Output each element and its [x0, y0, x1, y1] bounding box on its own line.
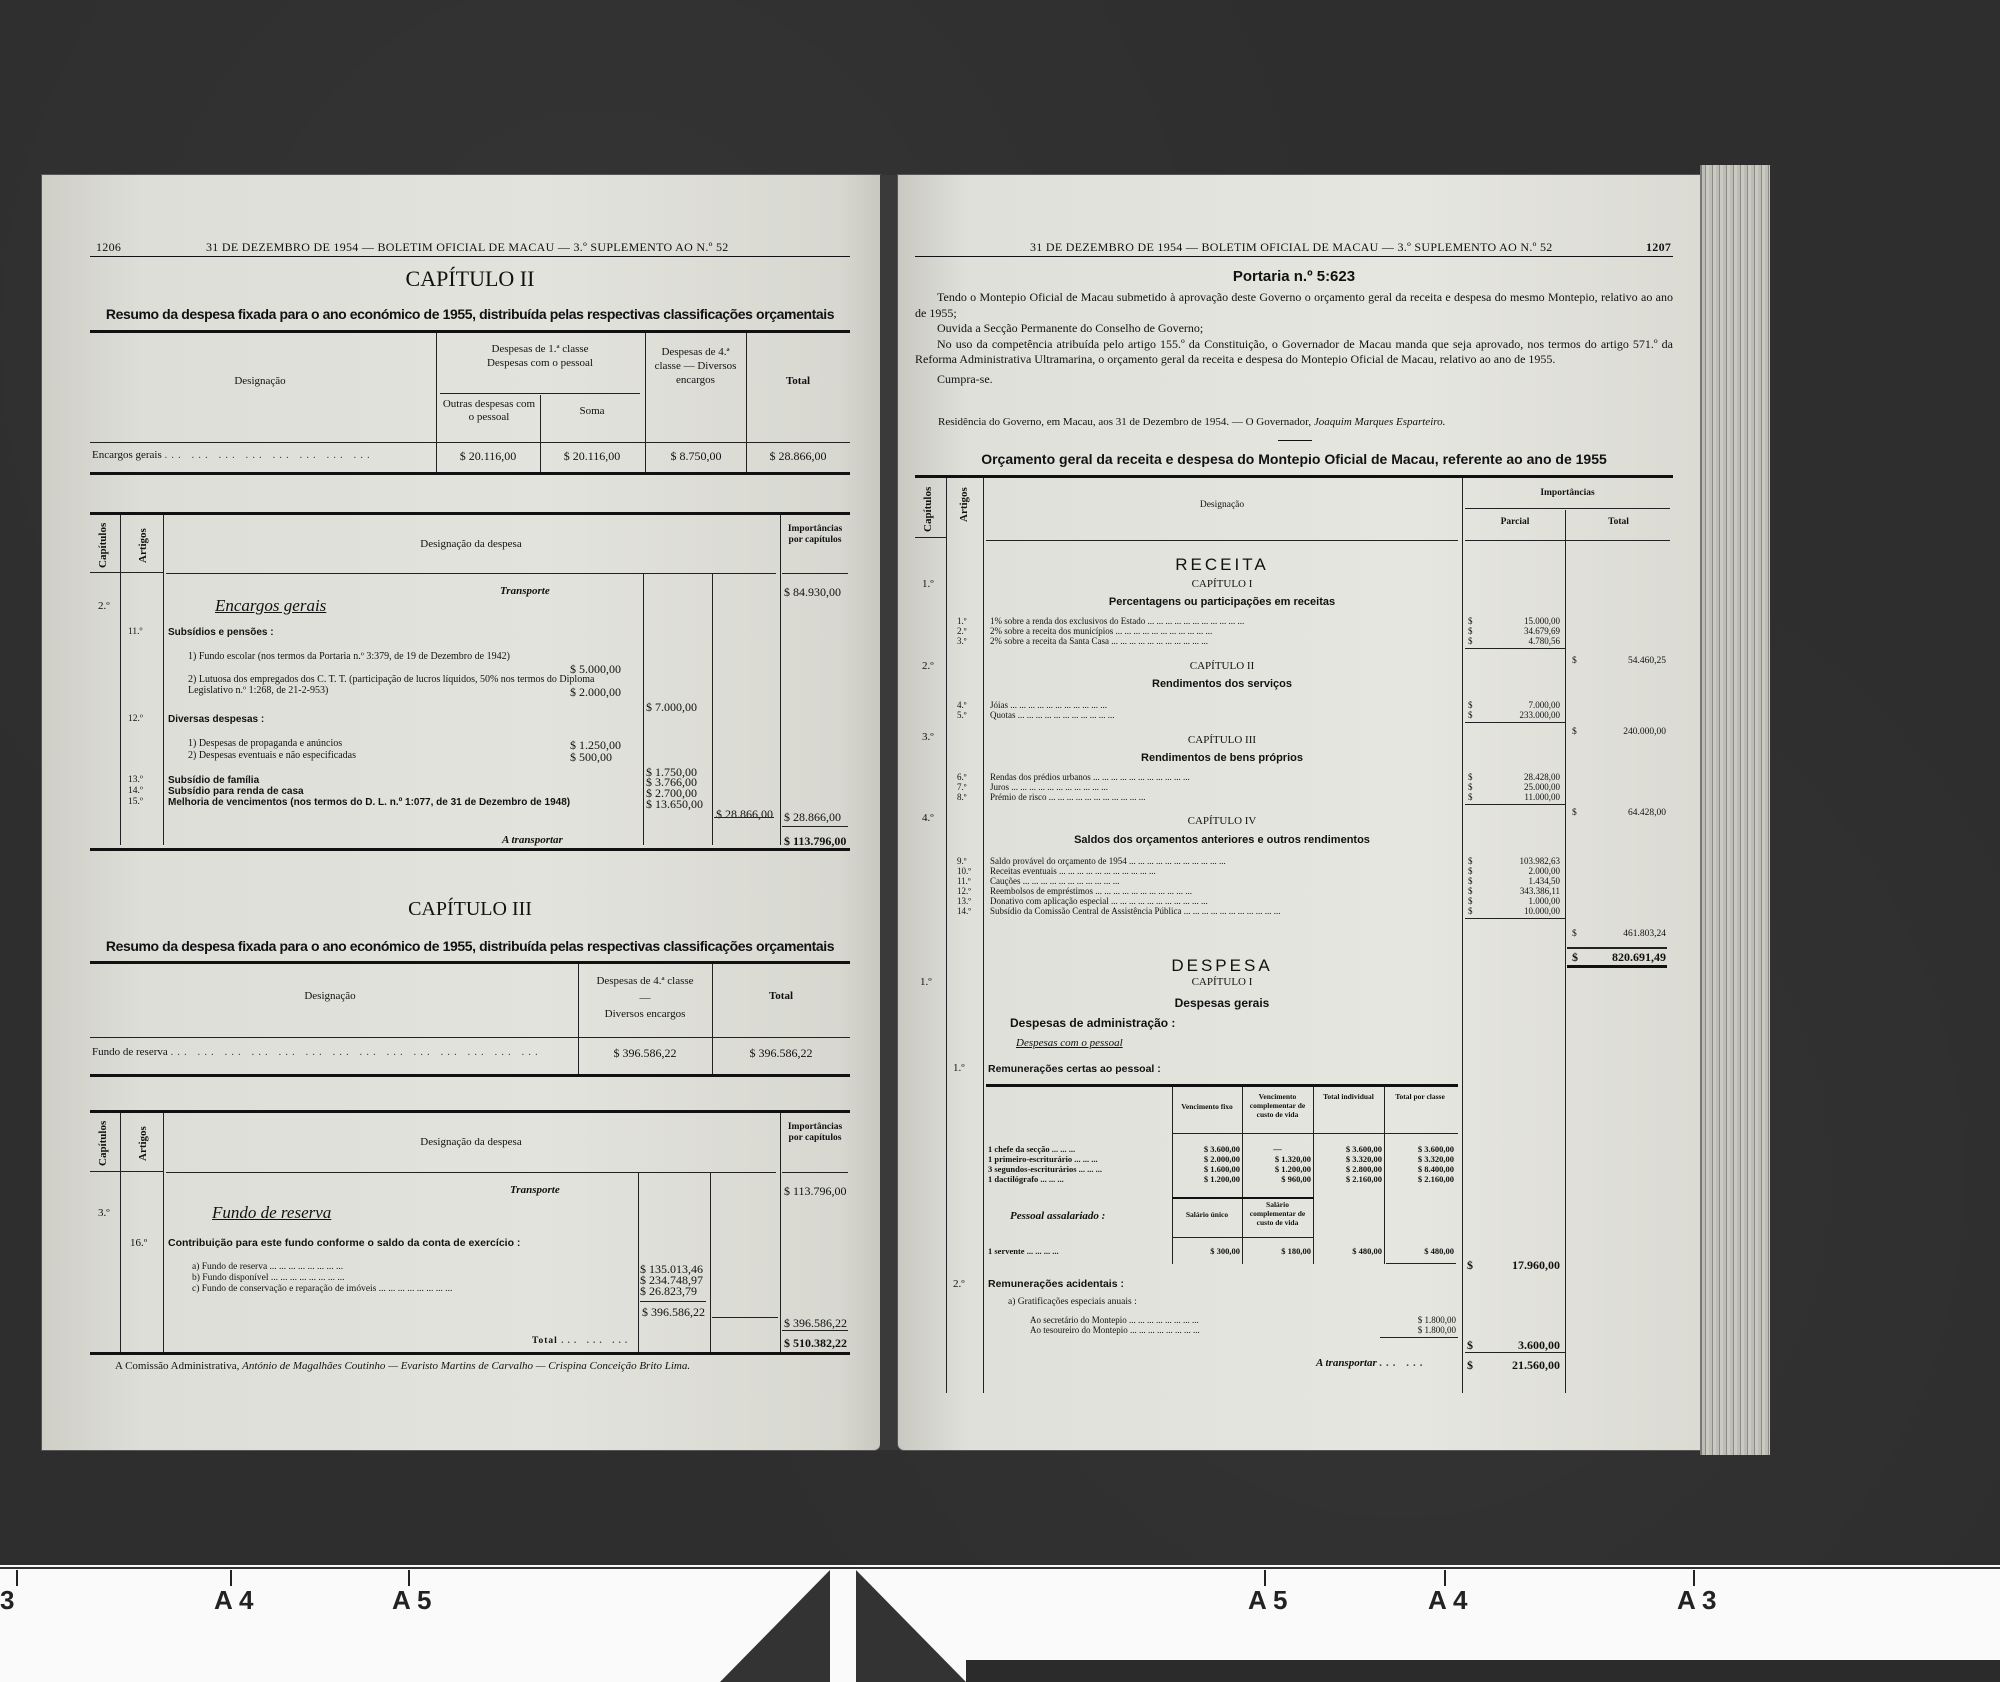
staff-table-top [986, 1084, 1458, 1087]
chapter-3-heading: CAPÍTULO III [90, 898, 850, 921]
chapter-total: 461.803,24 [1590, 929, 1666, 939]
col-capitulos-header: Capítulos [922, 487, 934, 532]
item-currency: $ [1468, 896, 1473, 906]
item-label: a) Fundo de reserva ... ... ... ... ... … [192, 1262, 343, 1272]
header-rule [90, 572, 120, 573]
art2-label: Remunerações acidentais : [988, 1278, 1124, 1290]
col-divider [120, 1113, 121, 1353]
detail-bottom-rule [90, 848, 850, 851]
article-value: $ 500,00 [570, 750, 612, 765]
item-label: Receitas eventuais ... ... ... ... ... .… [990, 866, 1156, 876]
col-divider [946, 478, 947, 1393]
assalariado-col-header: Salário complementar de custo de vida [1242, 1200, 1313, 1227]
ruler-tick-label: 3 [0, 1585, 14, 1616]
article-number: 3.º [957, 636, 967, 646]
col-divider [712, 573, 713, 845]
total-rule [782, 1330, 848, 1331]
subtotal-rule [1386, 1263, 1456, 1264]
portaria-paragraph: Ouvida a Secção Permanente do Conselho d… [915, 321, 1673, 337]
ruler-tick-label: A 5 [1248, 1585, 1288, 1616]
article-number: 10.º [957, 866, 971, 876]
article-number: 2.º [957, 626, 967, 636]
item-label: Reembolsos de empréstimos ... ... ... ..… [990, 886, 1192, 896]
staff-col-header: Vencimento complementar de custo de vida [1242, 1092, 1313, 1119]
col-importancias-header: Importâncias por capítulos [782, 1122, 848, 1144]
chapter-heading: CAPÍTULO III [986, 734, 1458, 746]
item-currency: $ [1468, 636, 1473, 646]
header-bottom-rule [90, 442, 850, 443]
total-value: $ 510.382,22 [784, 1336, 847, 1351]
col-capitulos-header: Capítulos [97, 523, 109, 568]
col-designacao-header: Designação [250, 990, 410, 1002]
assalariado-col-header: Salário único [1172, 1210, 1242, 1219]
article-number: 12.º [957, 886, 971, 896]
col-artigos-header: Artigos [137, 1126, 149, 1161]
item-label: 2% sobre a receita da Santa Casa ... ...… [990, 636, 1208, 646]
col-importancias-header: Importâncias por capítulos [782, 524, 848, 546]
portaria-title: Portaria n.º 5:623 [915, 268, 1673, 285]
item-currency: $ [1468, 906, 1473, 916]
item-value: 1.000,00 [1480, 896, 1560, 906]
row-diversos: $ 396.586,22 [580, 1046, 710, 1061]
total-currency: $ [1572, 808, 1577, 818]
header-rule [1172, 1133, 1458, 1134]
col-importancias-header: Importâncias [1465, 488, 1670, 498]
item-label: Prémio de risco ... ... ... ... ... ... … [990, 792, 1146, 802]
right-page-number: 1207 [1646, 240, 1671, 255]
article-number: 6.º [957, 772, 967, 782]
article-number: 13.º [128, 775, 143, 785]
art1-total: 17.960,00 [1480, 1258, 1560, 1273]
receita-grand-total: 820.691,49 [1590, 950, 1666, 965]
budget-top-rule [915, 475, 1673, 478]
article-number: 11.º [957, 876, 971, 886]
item-value: 1.434,50 [1480, 876, 1560, 886]
chapter-title: Saldos dos orçamentos anteriores e outro… [986, 834, 1458, 846]
item-currency: $ [1468, 886, 1473, 896]
total-currency: $ [1572, 727, 1577, 737]
item-value: 343.386,11 [1480, 886, 1560, 896]
assalariado-value: $ 480,00 [1386, 1246, 1454, 1256]
ruler-tick [1693, 1570, 1695, 1586]
assalariado-value: $ 180,00 [1244, 1246, 1311, 1256]
col-designacao-header: Designação [90, 375, 430, 387]
article-number: 16.º [130, 1237, 147, 1249]
chapter-title: Rendimentos de bens próprios [986, 752, 1458, 764]
item-currency: $ [1468, 700, 1473, 710]
header-rule [90, 1171, 163, 1172]
item-value: 233.000,00 [1480, 710, 1560, 720]
transporte-label: Transporte [500, 585, 550, 597]
ruler-tick [1264, 1570, 1266, 1586]
table-bottom-rule [90, 1074, 850, 1077]
article-label: 1) Fundo escolar (nos termos da Portaria… [188, 651, 510, 662]
ruler-marker-right [856, 1570, 966, 1682]
subtotal-rule [1465, 648, 1565, 649]
transporte-value: $ 84.930,00 [784, 585, 841, 600]
a-transportar-value: 21.560,00 [1480, 1358, 1560, 1373]
header-rule [1172, 1237, 1314, 1238]
col-artigos-header: Artigos [137, 528, 149, 563]
staff-value: $ 1.200,00 [1244, 1164, 1311, 1174]
chapter-heading: CAPÍTULO I [986, 578, 1458, 590]
col-divider [983, 478, 984, 1393]
a-transportar-label: A transportar ... ... [1316, 1357, 1427, 1369]
row-label: Fundo de reserva ... ... ... ... ... ...… [92, 1046, 542, 1058]
chapter-total: 240.000,00 [1590, 727, 1666, 737]
item-label: Jóias ... ... ... ... ... ... ... ... ..… [990, 700, 1107, 710]
staff-value: $ 1.200,00 [1174, 1174, 1240, 1184]
detail-bottom-rule [90, 1352, 850, 1355]
item-label: Rendas dos prédios urbanos ... ... ... .… [990, 772, 1190, 782]
item-currency: $ [1468, 792, 1473, 802]
col-divider [645, 333, 646, 473]
chapter-3-subtitle: Resumo da despesa fixada para o ano econ… [90, 938, 850, 954]
gratificacao-value: $ 1.800,00 [1384, 1325, 1456, 1335]
ruler-tick-label: A 4 [214, 1585, 254, 1616]
chapter-number: 2.º [98, 600, 110, 612]
ruler-tick-label: A 4 [1428, 1585, 1468, 1616]
gratificacao-value: $ 1.800,00 [1384, 1315, 1456, 1325]
gratificacoes-label: a) Gratificações especiais anuais : [1008, 1297, 1137, 1307]
col-designacao-despesa-header: Designação da despesa [166, 538, 776, 550]
item-label: Donativo com aplicação especial ... ... … [990, 896, 1208, 906]
col-divider [578, 964, 579, 1074]
staff-value: — [1244, 1144, 1311, 1154]
item-currency: $ [1468, 782, 1473, 792]
article-number: 14.º [128, 786, 143, 796]
detail-top-rule [90, 1110, 850, 1113]
staff-label: 1 primeiro-escriturário ... ... ... [988, 1154, 1098, 1164]
staff-value: $ 3.320,00 [1386, 1154, 1454, 1164]
row-outras: $ 20.116,00 [440, 449, 536, 464]
left-page-number: 1206 [96, 240, 121, 255]
col-group-4-header: Despesas de 4.ª classe — Diversos encarg… [648, 345, 743, 387]
article-number: 11.º [128, 627, 142, 637]
total-rule [1567, 947, 1667, 949]
col-parcial-header: Parcial [1465, 517, 1565, 527]
receita-title: RECEITA [986, 555, 1458, 575]
col-divider [780, 515, 781, 845]
transporte-label: Transporte [510, 1184, 560, 1196]
ruler-tick [16, 1570, 18, 1586]
staff-value: $ 2.000,00 [1174, 1154, 1240, 1164]
chapter-number: 2.º [922, 660, 934, 672]
staff-value: $ 3.600,00 [1315, 1144, 1382, 1154]
despesa-title: DESPESA [986, 956, 1458, 976]
item-value: 7.000,00 [1480, 700, 1560, 710]
subtotal-rule [1465, 918, 1565, 919]
header-rule [166, 573, 776, 574]
chapter-total: 64.428,00 [1590, 808, 1666, 818]
chapter-number: 1.º [922, 578, 934, 590]
col-divider [638, 1172, 639, 1353]
staff-value: $ 3.320,00 [1315, 1154, 1382, 1164]
gratificacao-label: Ao tesoureiro do Montepio ... ... ... ..… [1030, 1325, 1200, 1335]
item-label: Subsídio da Comissão Central de Assistên… [990, 906, 1280, 916]
item-currency: $ [1468, 876, 1473, 886]
receita-grand-total-currency: $ [1572, 950, 1578, 965]
art2-total-currency: $ [1467, 1338, 1473, 1353]
subtotal-rule [1380, 1337, 1458, 1338]
col-total-header: Total [1567, 517, 1670, 527]
row-total: $ 396.586,22 [714, 1046, 848, 1061]
row-soma: $ 20.116,00 [542, 449, 642, 464]
col-soma-header: Soma [542, 405, 642, 417]
item-value: 2.000,00 [1480, 866, 1560, 876]
staff-col-header: Total por classe [1384, 1092, 1456, 1101]
col-diversos-header: Diversos encargos [580, 1008, 710, 1020]
item-value: 103.982,63 [1480, 856, 1560, 866]
item-value: 4.780,56 [1480, 636, 1560, 646]
item-label: 1% sobre a renda dos exclusivos do Estad… [990, 616, 1244, 626]
chapter-number: 4.º [922, 812, 934, 824]
group-total: $ 28.866,00 [716, 807, 773, 822]
total-rule [782, 826, 848, 827]
col-divider [1462, 478, 1463, 1393]
chapter-title: Percentagens ou participações em receita… [986, 596, 1458, 608]
portaria-closing: Residência do Governo, em Macau, aos 31 … [938, 416, 1445, 428]
article-number: 14.º [957, 906, 971, 916]
staff-label: 3 segundos-escriturários ... ... ... [988, 1164, 1102, 1174]
chapter-total: 54.460,25 [1590, 656, 1666, 666]
article-label: Subsídios e pensões : [168, 627, 274, 638]
row-total: $ 28.866,00 [748, 449, 848, 464]
subtotal-rule [640, 1301, 706, 1302]
chapter-heading: CAPÍTULO IV [986, 815, 1458, 827]
header-rule [915, 537, 946, 538]
staff-value: $ 1.600,00 [1174, 1164, 1240, 1174]
header-rule [986, 540, 1458, 541]
header-rule [120, 572, 163, 573]
col-divider [710, 1172, 711, 1353]
col-divider [163, 1113, 164, 1353]
col-artigos-header: Artigos [958, 487, 970, 522]
assalariado-value: $ 300,00 [1174, 1246, 1240, 1256]
a-transportar-currency: $ [1467, 1358, 1473, 1373]
item-label: Quotas ... ... ... ... ... ... ... ... .… [990, 710, 1115, 720]
article-number: 12.º [128, 714, 143, 724]
a-transportar-value: $ 113.796,00 [784, 834, 846, 849]
col-designacao-despesa-header: Designação da despesa [166, 1136, 776, 1148]
table-top-rule [90, 330, 850, 333]
item-value: 28.428,00 [1480, 772, 1560, 782]
col-divider [780, 1113, 781, 1353]
detail-top-rule [90, 512, 850, 515]
col-divider [1384, 1087, 1385, 1264]
col-total-header: Total [714, 990, 848, 1002]
total-currency: $ [1572, 656, 1577, 666]
ruler-tick-label: A 5 [392, 1585, 432, 1616]
subtotal-rule [712, 1317, 778, 1318]
pessoal-label: Despesas com o pessoal [1016, 1037, 1123, 1049]
portaria-paragraph: No uso da competência atribuída pelo art… [915, 337, 1673, 368]
col-divider [712, 964, 713, 1074]
col-designacao-header: Designação [986, 500, 1458, 510]
art2-total: 3.600,00 [1480, 1338, 1560, 1353]
col-group-1-header: Despesas de 1.ª classe Despesas com o pe… [440, 342, 640, 370]
a-transportar-label: A transportar [502, 834, 563, 846]
ruler-line [0, 1567, 2000, 1569]
staff-value: $ 8.400,00 [1386, 1164, 1454, 1174]
article-label: Contribuição para este fundo conforme o … [168, 1237, 520, 1249]
header-bottom-rule [90, 1037, 850, 1038]
running-head-rule [90, 256, 850, 257]
chapter-title: Rendimentos dos serviços [986, 678, 1458, 690]
header-rule [1465, 540, 1670, 541]
item-currency: $ [1468, 626, 1473, 636]
right-running-head: 31 DE DEZEMBRO DE 1954 — BOLETIM OFICIAL… [1030, 240, 1553, 255]
col-divider [120, 515, 121, 845]
staff-col-header: Vencimento fixo [1172, 1102, 1242, 1111]
chapter-2-heading: CAPÍTULO II [90, 266, 850, 292]
article-number: 1.º [957, 616, 967, 626]
assalariado-value: $ 480,00 [1315, 1246, 1382, 1256]
col-divider [163, 515, 164, 845]
portaria-body: Tendo o Montepio Oficial de Macau submet… [915, 290, 1673, 387]
item-currency: $ [1468, 866, 1473, 876]
article-value: $ 2.000,00 [570, 685, 621, 700]
article-number: 4.º [957, 700, 967, 710]
group-total: $ 396.586,22 [642, 1305, 705, 1320]
ruler-marker-left [720, 1570, 830, 1682]
budget-title: Orçamento geral da receita e despesa do … [915, 451, 1673, 467]
staff-value: $ 2.160,00 [1386, 1174, 1454, 1184]
staff-value: $ 2.800,00 [1315, 1164, 1382, 1174]
item-value: 11.000,00 [1480, 792, 1560, 802]
chapter-total: $ 28.866,00 [784, 810, 841, 825]
assalariado-label: Pessoal assalariado : [1010, 1210, 1105, 1222]
col-divider [540, 395, 541, 473]
transporte-value: $ 113.796,00 [784, 1184, 847, 1199]
ruler-tick [408, 1570, 410, 1586]
portaria-paragraph: Tendo o Montepio Oficial de Macau submet… [915, 290, 1673, 321]
article-subtotal: $ 13.650,00 [646, 797, 703, 812]
chapter-heading: CAPÍTULO II [986, 660, 1458, 672]
running-head-rule [915, 256, 1673, 257]
col-divider [746, 333, 747, 473]
table-top-rule [90, 961, 850, 964]
total-label: Total ... ... ... [532, 1336, 631, 1346]
header-rule [166, 1172, 776, 1173]
section-title: Encargos gerais [215, 596, 326, 616]
item-label: 2% sobre a receita dos municípios ... ..… [990, 626, 1212, 636]
staff-label: 1 dactilógrafo ... ... ... [988, 1174, 1064, 1184]
article-number: 7.º [957, 782, 967, 792]
chapter-number: 3.º [922, 731, 934, 743]
art2-number: 2.º [953, 1278, 965, 1290]
article-label: Subsídio para renda de casa [168, 786, 304, 797]
col-divider [1565, 510, 1566, 1393]
subtotal-rule [714, 817, 774, 818]
subtotal-rule [1465, 722, 1565, 723]
chapter-2-subtitle: Resumo da despesa fixada para o ano econ… [90, 306, 850, 322]
double-rule [1567, 965, 1667, 968]
col-divider [643, 573, 644, 845]
item-currency: $ [1468, 710, 1473, 720]
col-outras-header: Outras despesas com o pessoal [440, 398, 538, 424]
header-rule [782, 573, 848, 574]
article-label: Subsídio de família [168, 775, 259, 786]
staff-value: $ 3.600,00 [1386, 1144, 1454, 1154]
despesa-chapter-heading: CAPÍTULO I [986, 976, 1458, 988]
item-label: Cauções ... ... ... ... ... ... ... ... … [990, 876, 1120, 886]
table-bottom-rule [90, 472, 850, 475]
item-label: Juros ... ... ... ... ... ... ... ... ..… [990, 782, 1108, 792]
item-value: $ 26.823,79 [640, 1284, 697, 1299]
staff-rule [1172, 1197, 1314, 1199]
item-value: 25.000,00 [1480, 782, 1560, 792]
header-rule [1465, 508, 1670, 509]
art1-label: Remunerações certas ao pessoal : [988, 1063, 1161, 1075]
item-value: 10.000,00 [1480, 906, 1560, 916]
signature-line: A Comissão Administrativa, António de Ma… [115, 1360, 690, 1372]
staff-col-header: Total individual [1313, 1092, 1384, 1101]
chapter-number: 3.º [98, 1207, 110, 1219]
separator-rule [1278, 440, 1312, 441]
art1-number: 1.º [953, 1062, 965, 1074]
ruler-tick-label: A 3 [1677, 1585, 1717, 1616]
chapter-total: $ 396.586,22 [784, 1316, 847, 1331]
col-capitulos-header: Capítulos [97, 1121, 109, 1166]
staff-value: $ 1.320,00 [1244, 1154, 1311, 1164]
article-number: 5.º [957, 710, 967, 720]
article-subtotal: $ 7.000,00 [646, 700, 697, 715]
item-label: c) Fundo de conservação e reparação de i… [192, 1284, 452, 1294]
staff-value: $ 960,00 [1244, 1174, 1311, 1184]
admin-label: Despesas de administração : [1010, 1016, 1175, 1030]
article-number: 13.º [957, 896, 971, 906]
item-currency: $ [1468, 616, 1473, 626]
article-label: 2) Lutuosa dos empregados dos C. T. T. (… [188, 674, 608, 696]
ruler-tick [1444, 1570, 1446, 1586]
article-label: 1) Despesas de propaganda e anúncios [188, 738, 342, 749]
total-currency: $ [1572, 929, 1577, 939]
section-title: Fundo de reserva [212, 1203, 331, 1223]
book-gutter [880, 175, 898, 1450]
row-diversos: $ 8.750,00 [648, 449, 744, 464]
col-divider [436, 333, 437, 473]
staff-value: $ 2.160,00 [1315, 1174, 1382, 1184]
article-number: 8.º [957, 792, 967, 802]
total-rule [1465, 1352, 1565, 1353]
book-page-edges [1700, 165, 1770, 1455]
gratificacao-label: Ao secretário do Montepio ... ... ... ..… [1030, 1315, 1199, 1325]
ruler-tick [230, 1570, 232, 1586]
art1-total-currency: $ [1467, 1258, 1473, 1273]
despesa-subtitle: Despesas gerais [986, 996, 1458, 1010]
item-value: 15.000,00 [1480, 616, 1560, 626]
header-divider [440, 393, 640, 394]
item-currency: $ [1468, 856, 1473, 866]
staff-value: $ 3.600,00 [1174, 1144, 1240, 1154]
row-label: Encargos gerais ... ... ... ... ... ... … [92, 449, 374, 461]
col-total-header: Total [748, 375, 848, 387]
article-label: 2) Despesas eventuais e não especificada… [188, 750, 356, 761]
item-label: b) Fundo disponível ... ... ... ... ... … [192, 1273, 345, 1283]
article-number: 9.º [957, 856, 967, 866]
item-label: Saldo provável do orçamento de 1954 ... … [990, 856, 1226, 866]
col-group-4-header: Despesas de 4.ª classe [580, 975, 710, 987]
item-value: 34.679,69 [1480, 626, 1560, 636]
item-currency: $ [1468, 772, 1473, 782]
article-label: Diversas despesas : [168, 714, 264, 725]
staff-label: 1 chefe da secção ... ... ... [988, 1144, 1075, 1154]
article-number: 15.º [128, 797, 143, 807]
article-label: Melhoria de vencimentos (nos termos do D… [168, 797, 570, 808]
portaria-paragraph: Cumpra-se. [915, 372, 1673, 388]
film-edge [966, 1660, 2000, 1682]
